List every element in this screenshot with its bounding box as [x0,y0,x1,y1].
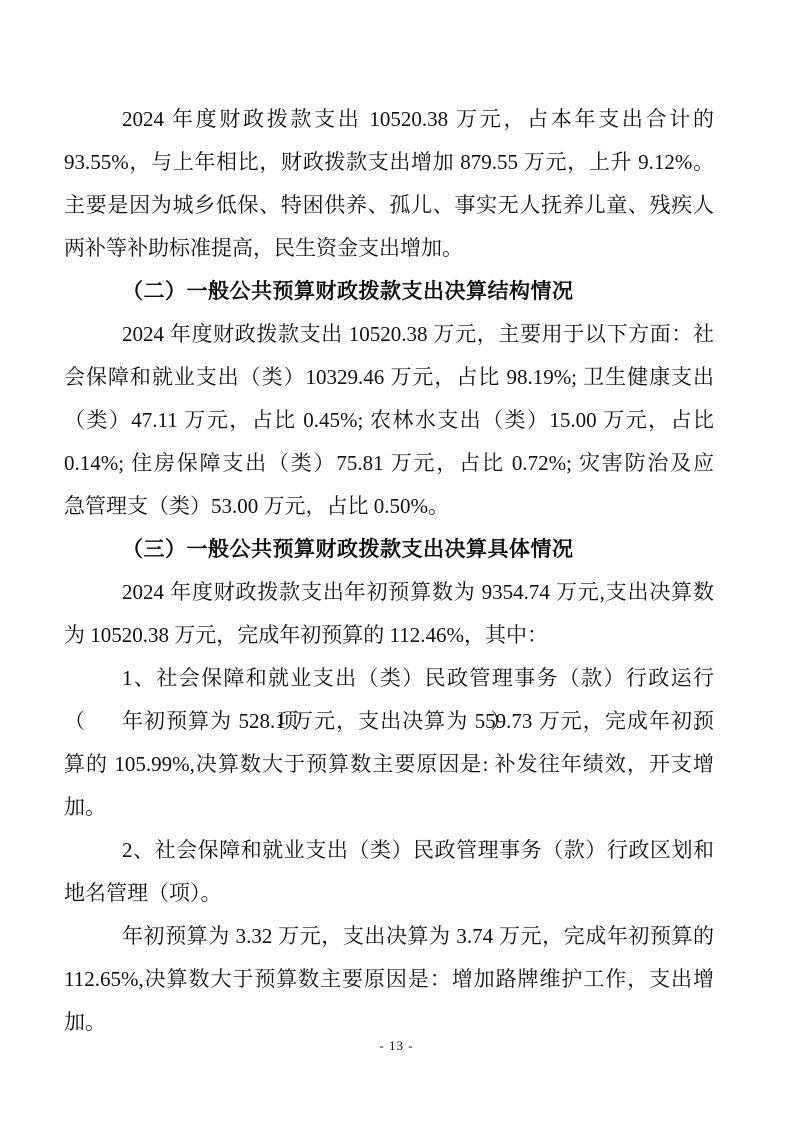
text-line: （类）47.11 万元，占比 0.45%; 农林水支出（类）15.00 万元，占… [64,399,714,442]
text-line: 会保障和就业支出（类）10329.46 万元，占比 98.19%; 卫生健康支出 [64,356,714,399]
text-line: 急管理支（类）53.00 万元，占比 0.50%。 [64,485,714,528]
paragraph: 2、社会保障和就业支出（类）民政管理事务（款）行政区划和 地名管理（项）。 [64,829,714,915]
text-line: 主要是因为城乡低保、特困供养、孤儿、事实无人抚养儿童、残疾人 [64,184,714,227]
text-line: 1、社会保障和就业支出（类）民政管理事务（款）行政运行（项）。 [64,657,714,700]
paragraph: 年初预算为 3.32 万元，支出决算为 3.74 万元，完成年初预算的 112.… [64,915,714,1044]
text-line: 2、社会保障和就业支出（类）民政管理事务（款）行政区划和 [64,829,714,872]
text-line: 算的 105.99%,决算数大于预算数主要原因是: 补发往年绩效，开支增 [64,743,714,786]
document-body: 2024 年度财政拨款支出 10520.38 万元，占本年支出合计的 93.55… [64,98,714,1044]
text-line: 两补等补助标准提高，民生资金支出增加。 [64,227,714,270]
text-line: 0.14%; 住房保障支出（类）75.81 万元，占比 0.72%; 灾害防治及… [64,442,714,485]
text-line: 2024 年度财政拨款支出年初预算数为 9354.74 万元,支出决算数 [64,571,714,614]
paragraph: 2024 年度财政拨款支出年初预算数为 9354.74 万元,支出决算数 为 1… [64,571,714,657]
text-line: 加。 [64,786,714,829]
text-line: 2024 年度财政拨款支出 10520.38 万元，占本年支出合计的 [64,98,714,141]
paragraph: 1、社会保障和就业支出（类）民政管理事务（款）行政运行（项）。 [64,657,714,700]
section-heading: （三）一般公共预算财政拨款支出决算具体情况 [64,528,714,571]
text-line: 地名管理（项）。 [64,872,714,915]
text-line: 为 10520.38 万元，完成年初预算的 112.46%，其中： [64,614,714,657]
paragraph: 2024 年度财政拨款支出 10520.38 万元，主要用于以下方面：社 会保障… [64,313,714,528]
paragraph: 2024 年度财政拨款支出 10520.38 万元，占本年支出合计的 93.55… [64,98,714,270]
text-line: 93.55%，与上年相比，财政拨款支出增加 879.55 万元，上升 9.12%… [64,141,714,184]
text-line: 2024 年度财政拨款支出 10520.38 万元，主要用于以下方面：社 [64,313,714,356]
text-line: 112.65%,决算数大于预算数主要原因是：增加路牌维护工作，支出增 [64,958,714,1001]
section-heading: （二）一般公共预算财政拨款支出决算结构情况 [64,270,714,313]
section-heading-text: （二）一般公共预算财政拨款支出决算结构情况 [64,270,714,313]
page-number: - 13 - [0,1036,793,1056]
document-page: 2024 年度财政拨款支出 10520.38 万元，占本年支出合计的 93.55… [0,0,793,1122]
text-line: 年初预算为 528.1 万元，支出决算为 559.73 万元，完成年初预 [64,700,714,743]
text-line: 年初预算为 3.32 万元，支出决算为 3.74 万元，完成年初预算的 [64,915,714,958]
paragraph: 年初预算为 528.1 万元，支出决算为 559.73 万元，完成年初预 算的 … [64,700,714,829]
section-heading-text: （三）一般公共预算财政拨款支出决算具体情况 [64,528,714,571]
